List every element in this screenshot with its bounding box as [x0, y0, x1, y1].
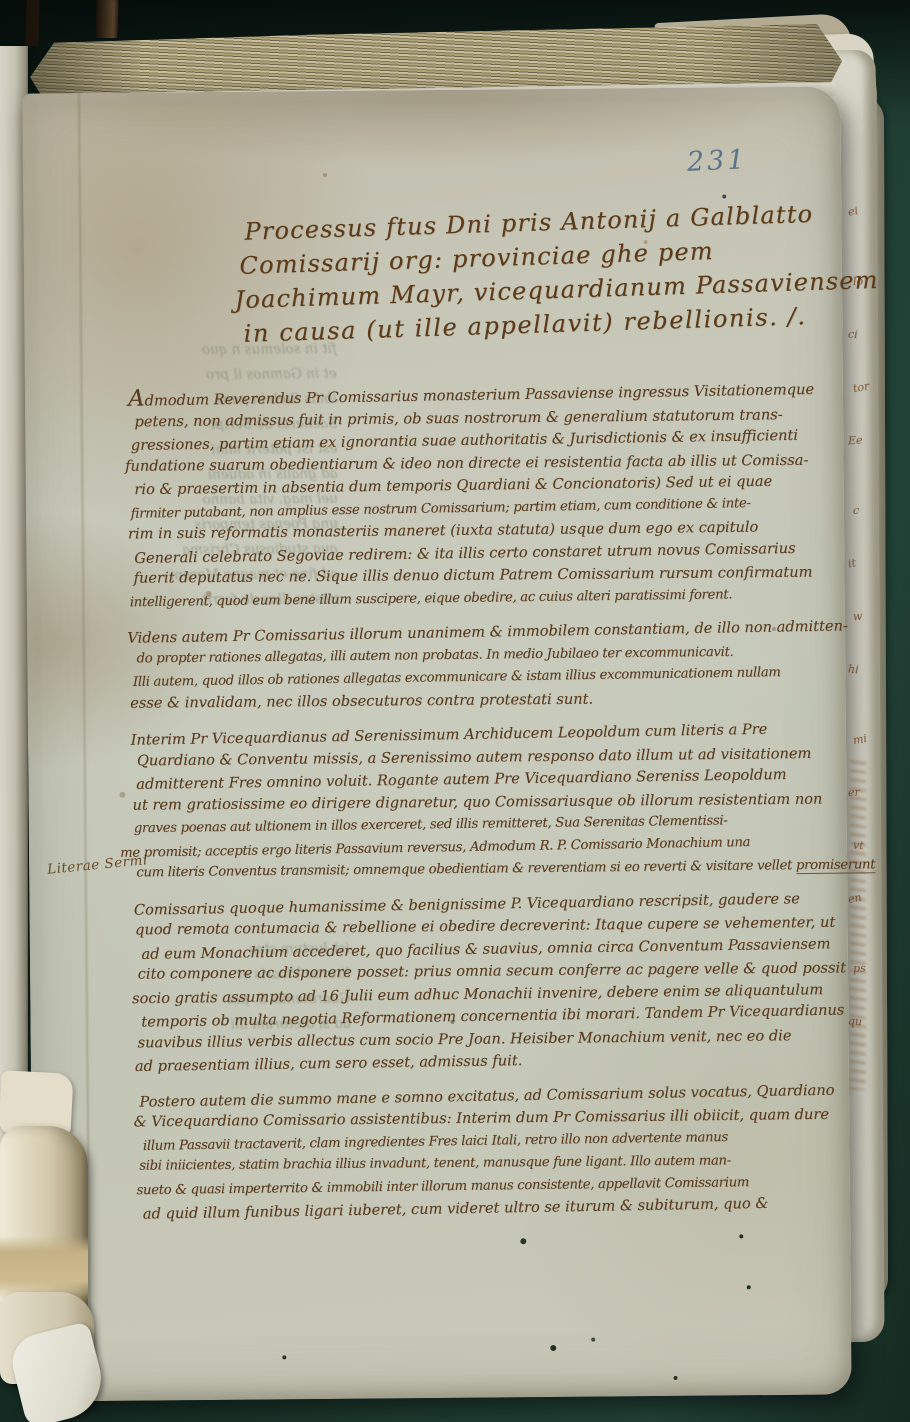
fore-edge-ink-fragment: tor — [852, 380, 870, 396]
fore-edge-ink-fragment: mi — [852, 732, 868, 747]
fore-edge-ink-fragment: lo — [853, 275, 864, 289]
ink-specks — [22, 94, 26, 98]
page-number: 231 — [686, 144, 748, 178]
fore-edge-ink-fragment: vt — [853, 839, 865, 853]
fore-edge-ink-fragment: Ee — [848, 434, 863, 448]
fore-edge-ink-fragment: w — [853, 610, 863, 623]
fore-edge-ink-fragment: en — [847, 891, 863, 906]
fore-edge-ink-fragment: ei — [847, 204, 859, 219]
manuscript-page: fit in solemus n quoet in Gamnos il proi… — [22, 86, 851, 1401]
paragraph: Comissarius quoque humanissime & benigni… — [135, 888, 857, 1077]
book-spine-fragment — [96, 0, 119, 38]
fore-edge-ink-fragment: qu — [848, 1015, 863, 1029]
fore-edge-ink-fragment: hi — [848, 663, 859, 677]
paragraph: Admodum Reverendus Pr Comissarius monast… — [128, 377, 851, 614]
fore-edge-ink-fragment: ps — [853, 962, 866, 976]
heading: Processus ftus Dni pris Antonij a Galbla… — [232, 195, 880, 351]
paragraph: Interim Pr Vicequardianus ad Serenissimu… — [132, 719, 854, 886]
fore-edge-ink-smear — [850, 760, 866, 1090]
paragraph: Videns autem Pr Comissarius illorum unan… — [131, 617, 852, 716]
curled-leaf-band — [0, 1236, 88, 1300]
fore-edge-ink-fragment: er — [848, 786, 860, 800]
manuscript-photo: eilocitorEecitwhimiervtenpsqu fit in sol… — [0, 0, 910, 1422]
body-text: Admodum Reverendus Pr Comissarius monast… — [128, 377, 859, 1237]
fore-edge-ink-fragment: ci — [848, 328, 859, 342]
book-spine-fragment — [25, 0, 39, 46]
fore-edge-ink-fragment: c — [853, 504, 860, 517]
paragraph: Postero autem die summo mane e somno exc… — [137, 1080, 859, 1224]
